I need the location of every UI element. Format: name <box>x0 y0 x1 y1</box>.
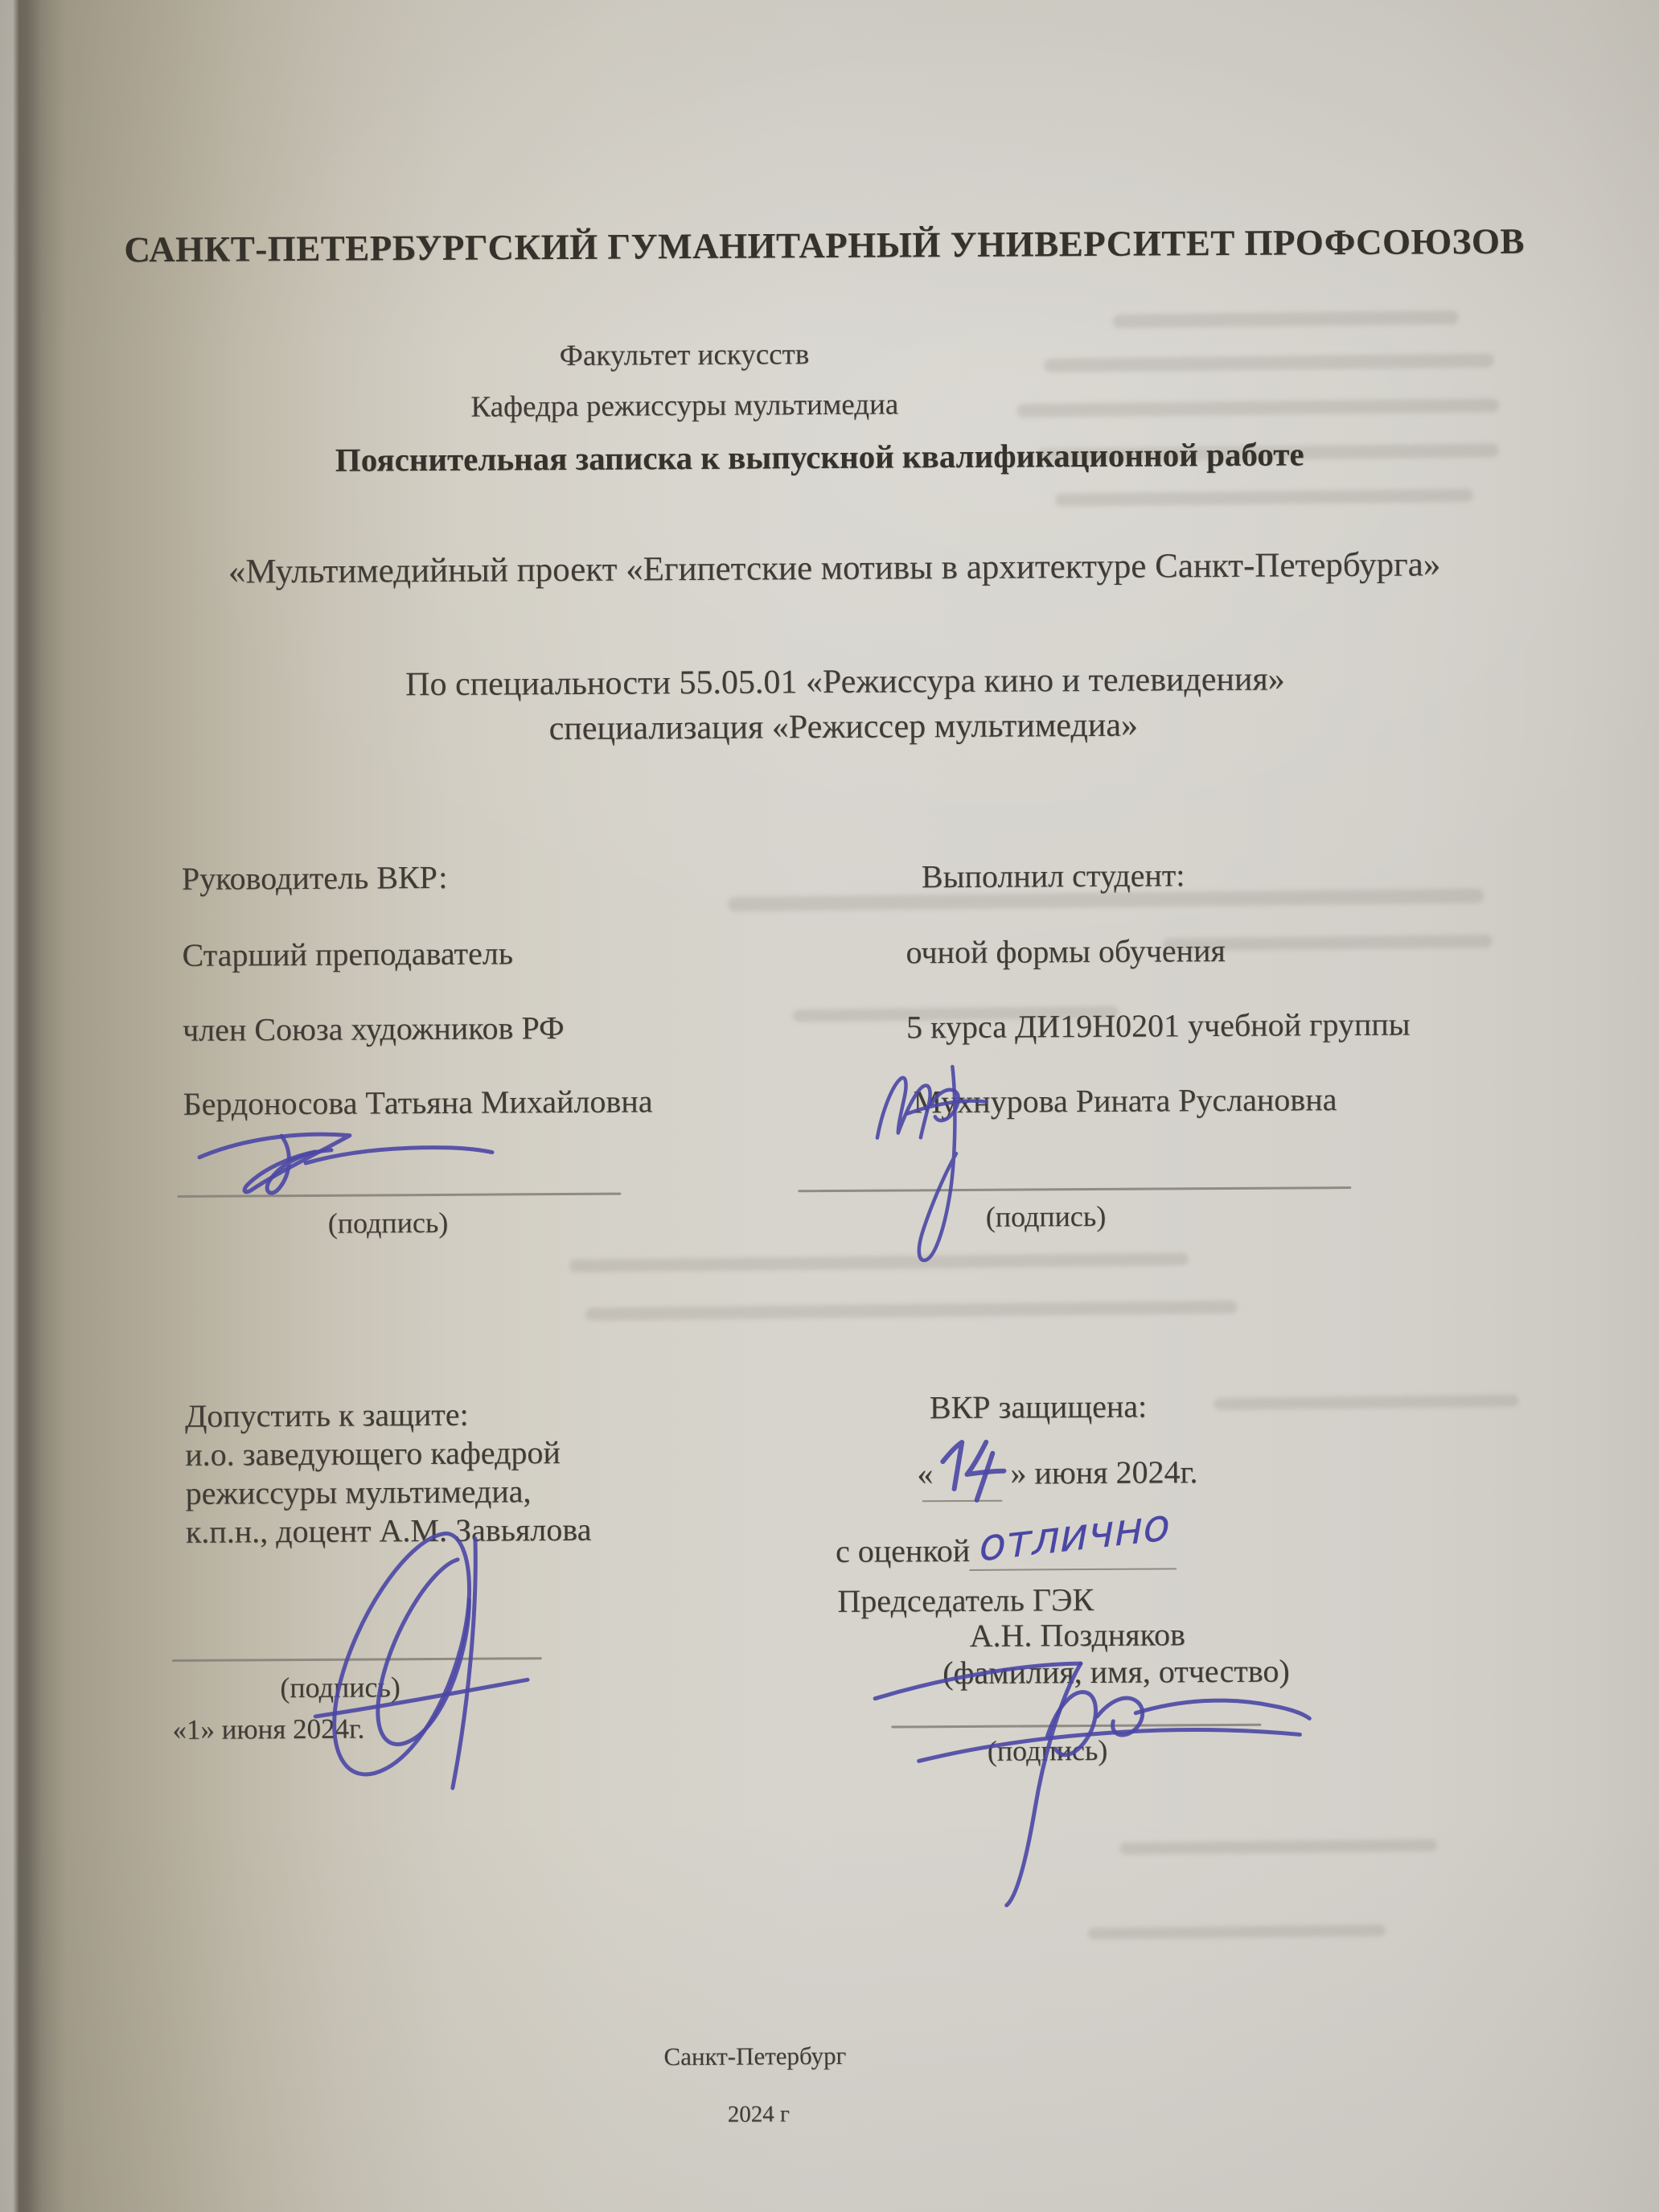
admission-officer-signature <box>285 1522 544 1805</box>
bleed-through-text <box>585 1301 1237 1321</box>
defense-date-tail: » июня 2024г. <box>1010 1453 1197 1491</box>
footer-year: 2024 г <box>7 2097 1509 2133</box>
specialization-line: специализация «Режиссер мультимедиа» <box>144 704 1543 751</box>
bleed-through-text <box>1055 489 1473 507</box>
bleed-through-text <box>1213 1395 1519 1410</box>
title-page-content: САНКТ-ПЕТЕРБУРГСКИЙ ГУМАНИТАРНЫЙ УНИВЕРС… <box>0 0 1659 2212</box>
student-study-form: очной формы обучения <box>905 932 1226 971</box>
handwritten-day-number <box>928 1436 1017 1504</box>
university-name: САНКТ-ПЕТЕРБУРГСКИЙ ГУМАНИТАРНЫЙ УНИВЕРС… <box>117 221 1532 272</box>
handwritten-grade: отлично <box>979 1499 1170 1572</box>
admission-heading: Допустить к защите: <box>185 1396 469 1435</box>
defense-heading: ВКР защищена: <box>930 1388 1147 1427</box>
supervisor-label: Руководитель ВКР: <box>182 859 448 898</box>
bleed-through-text <box>1088 1925 1386 1939</box>
defense-grade-label: с оценкой <box>836 1532 970 1570</box>
admission-position-line1: и.о. заведующего кафедрой <box>185 1434 561 1474</box>
specialty-line: По специальности 55.05.01 «Режиссура кин… <box>143 659 1546 706</box>
student-signature <box>865 1017 996 1267</box>
student-label: Выполнил студент: <box>922 857 1185 895</box>
document-type-title: Пояснительная записка к выпускной квалиф… <box>118 434 1521 481</box>
defense-chairman-label: Председатель ГЭК <box>837 1581 1094 1620</box>
work-title: «Мультимедийный проект «Египетские мотив… <box>126 545 1542 593</box>
chairman-signature <box>865 1638 1317 1914</box>
bleed-through-text <box>1113 310 1459 328</box>
page-sheet: САНКТ-ПЕТЕРБУРГСКИЙ ГУМАНИТАРНЫЙ УНИВЕРС… <box>0 0 1659 2212</box>
footer-city: Санкт-Петербург <box>7 2037 1503 2075</box>
supervisor-signature <box>185 1113 507 1207</box>
supervisor-position: Старший преподаватель <box>182 935 513 974</box>
supervisor-signature-caption: (подпись) <box>267 1206 508 1240</box>
admission-position-line2: режиссуры мультимедиа, <box>185 1473 531 1512</box>
supervisor-membership: член Союза художников РФ <box>183 1009 565 1049</box>
department-name: Кафедра режиссуры мультимедиа <box>0 385 1372 428</box>
